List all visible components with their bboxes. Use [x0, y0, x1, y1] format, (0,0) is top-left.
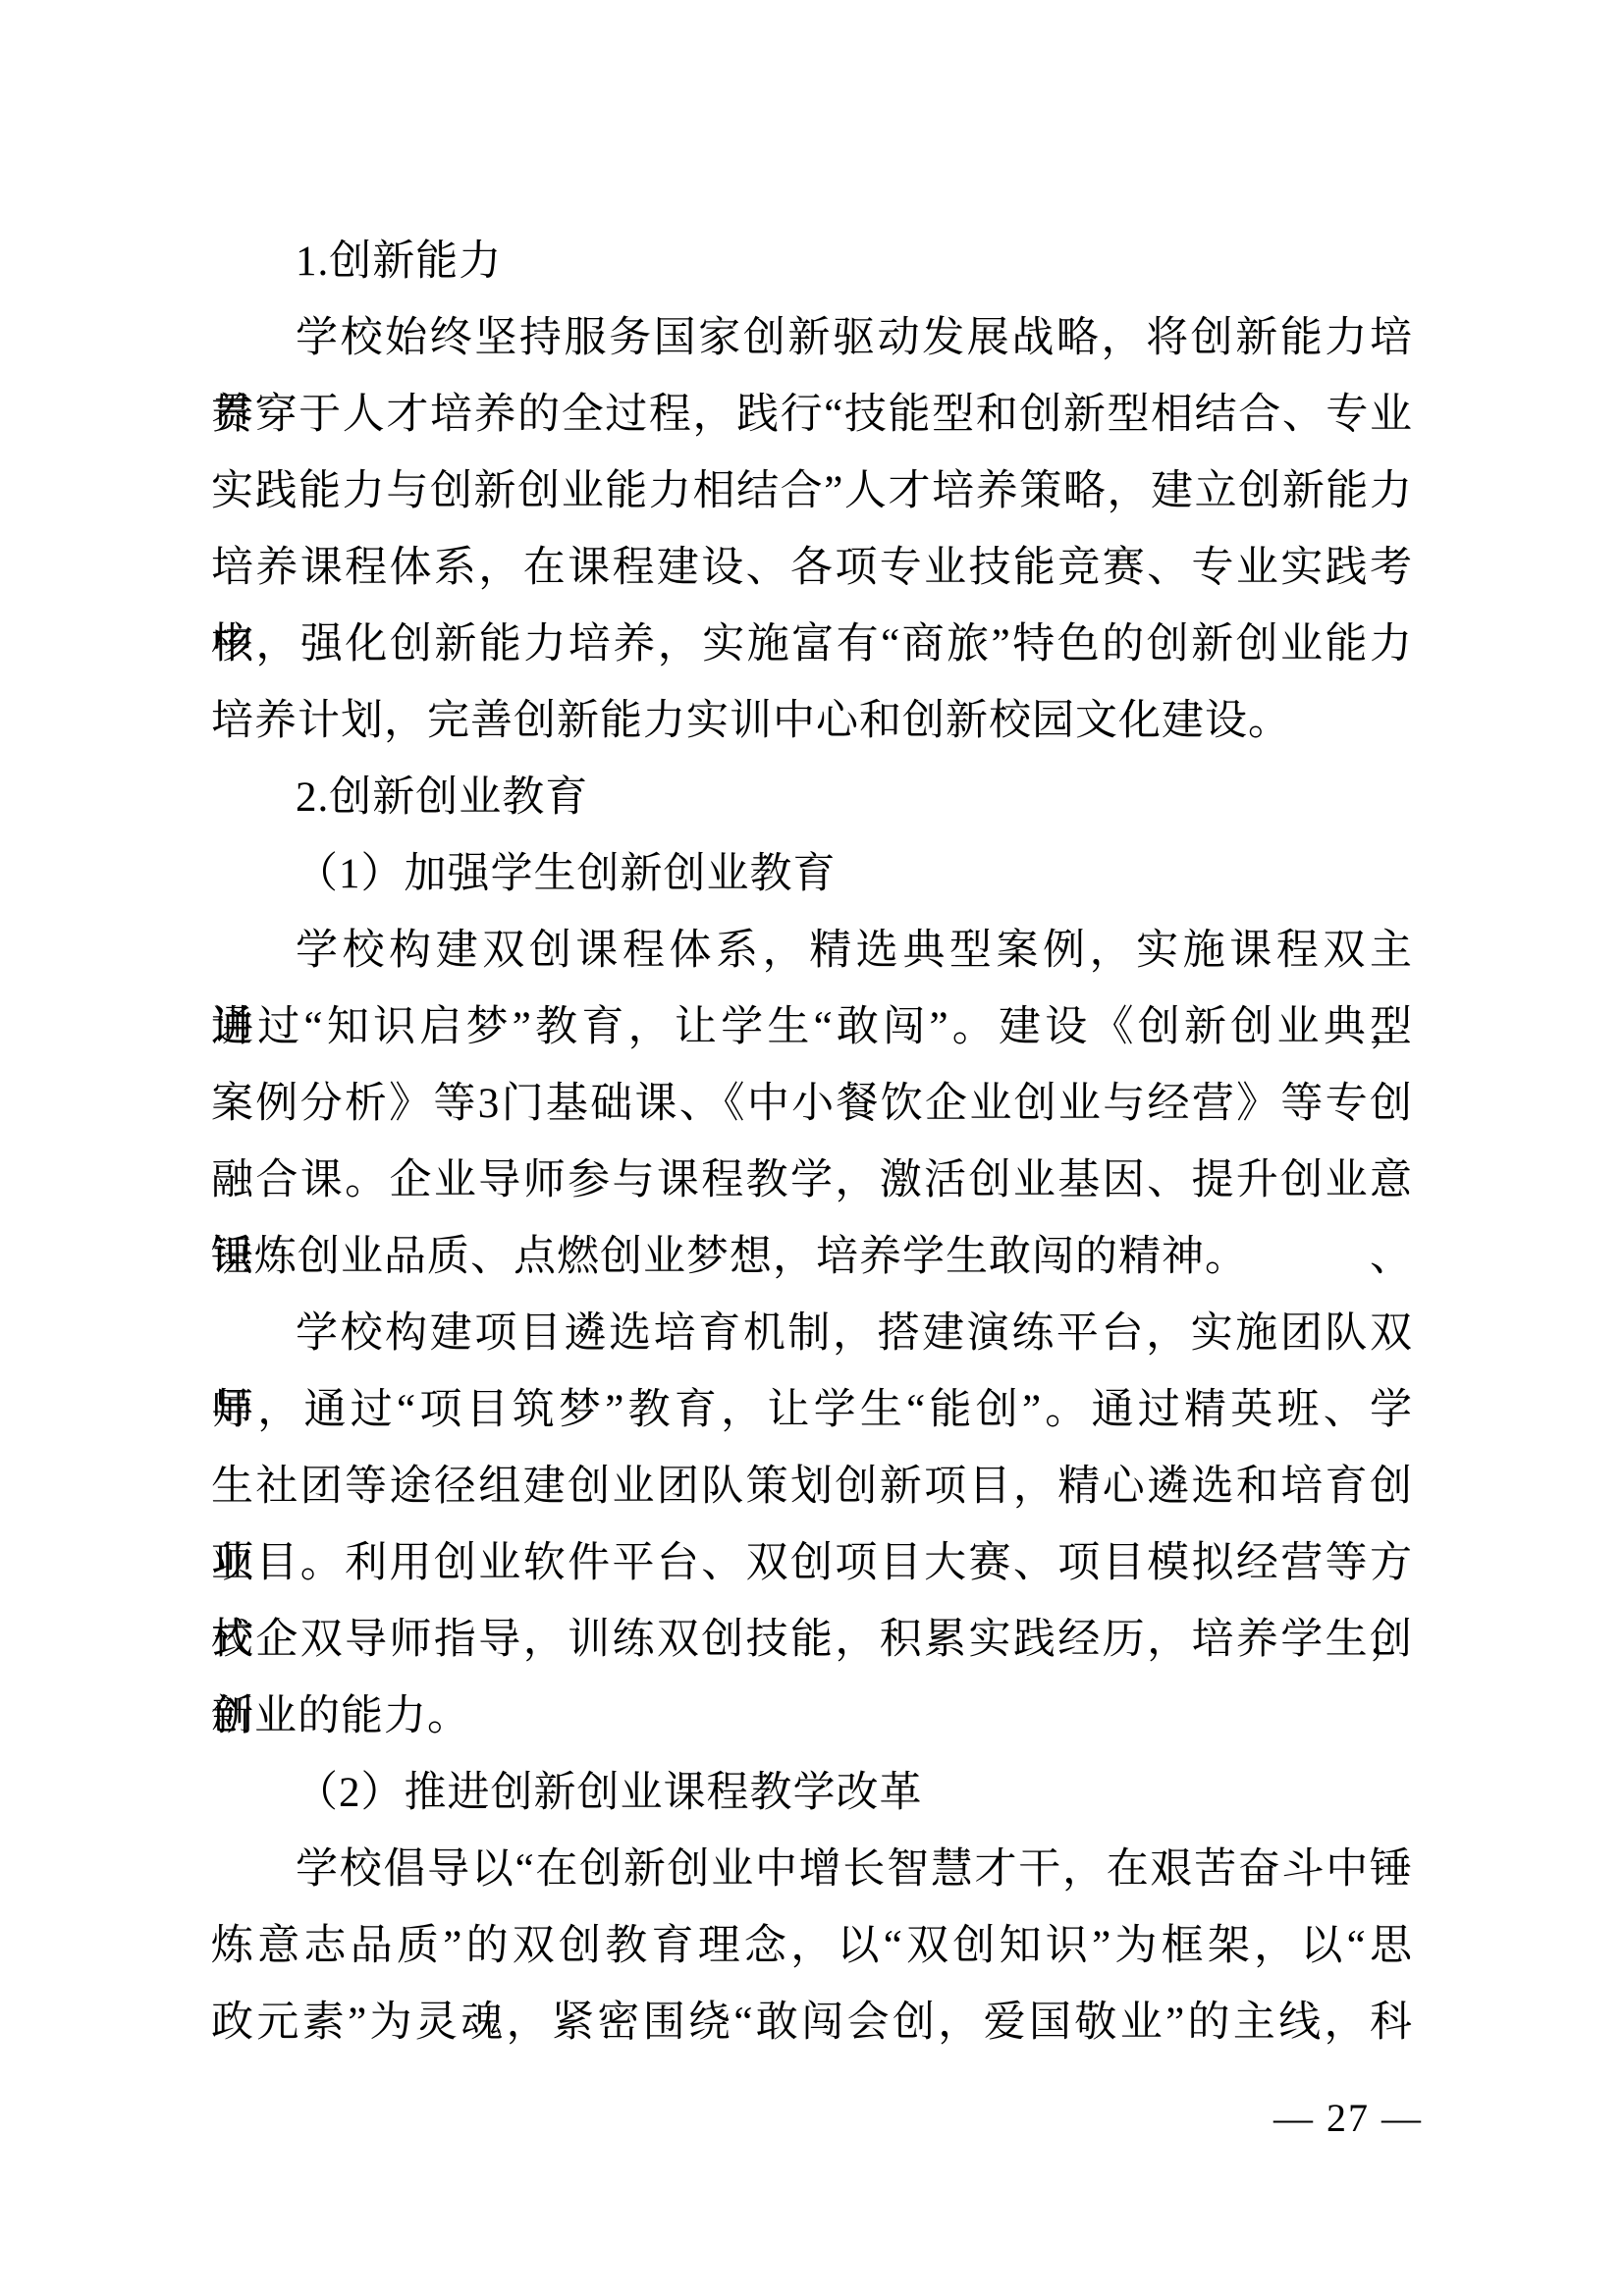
- section-heading-line: 2.创新创业教育: [211, 760, 1413, 836]
- section-heading-line: （2）推进创新创业课程教学改革: [211, 1755, 1413, 1832]
- body-text-line: 融合课。企业导师参与课程教学，激活创业基因、提升创业意识、: [211, 1143, 1413, 1219]
- page-number: — 27 —: [1273, 2097, 1423, 2140]
- body-text-line: 锤炼创业品质、点燃创业梦想，培养学生敢闯的精神。: [211, 1219, 1413, 1296]
- document-body: 1.创新能力 学校始终坚持服务国家创新驱动发展战略，将创新能力培养 贯穿于人才培…: [211, 224, 1413, 2061]
- body-text-line: 生社团等途径组建创业团队策划创新项目，精心遴选和培育创业: [211, 1449, 1413, 1525]
- body-text-line: 政元素”为灵魂，紧密围绕“敢闯会创，爱国敬业”的主线，科: [211, 1985, 1413, 2061]
- body-text-line: 案例分析》等3门基础课、《中小餐饮企业创业与经营》等专创: [211, 1066, 1413, 1143]
- body-text-line: 创业的能力。: [211, 1679, 1413, 1755]
- body-text-line: 培养课程体系，在课程建设、各项专业技能竞赛、专业实践考核: [211, 530, 1413, 607]
- body-text-line: 校企双导师指导，训练双创技能，积累实践经历，培养学生创新: [211, 1602, 1413, 1679]
- body-text-line: 学校构建双创课程体系，精选典型案例，实施课程双主讲，: [211, 913, 1413, 989]
- body-text-line: 中，强化创新能力培养，实施富有“商旅”特色的创新创业能力: [211, 607, 1413, 683]
- body-text-line: 学校倡导以“在创新创业中增长智慧才干，在艰苦奋斗中锤: [211, 1832, 1413, 1908]
- body-text-line: 炼意志品质”的双创教育理念，以“双创知识”为框架，以“思: [211, 1908, 1413, 1985]
- body-text-line: 通过“知识启梦”教育，让学生“敢闯”。建设《创新创业典型: [211, 989, 1413, 1066]
- section-heading-line: 1.创新能力: [211, 224, 1413, 300]
- body-text-line: 项目。利用创业软件平台、双创项目大赛、项目模拟经营等方式，: [211, 1525, 1413, 1602]
- section-heading-line: （1）加强学生创新创业教育: [211, 836, 1413, 913]
- body-text-line: 学校始终坚持服务国家创新驱动发展战略，将创新能力培养: [211, 300, 1413, 377]
- body-text-line: 贯穿于人才培养的全过程，践行“技能型和创新型相结合、专业: [211, 377, 1413, 454]
- body-text-line: 实践能力与创新创业能力相结合”人才培养策略，建立创新能力: [211, 454, 1413, 530]
- body-text-line: 师，通过“项目筑梦”教育，让学生“能创”。通过精英班、学: [211, 1372, 1413, 1449]
- body-text-line: 学校构建项目遴选培育机制，搭建演练平台，实施团队双导: [211, 1296, 1413, 1372]
- document-page: 1.创新能力 学校始终坚持服务国家创新驱动发展战略，将创新能力培养 贯穿于人才培…: [0, 0, 1624, 2296]
- body-text-line: 培养计划，完善创新能力实训中心和创新校园文化建设。: [211, 683, 1413, 760]
